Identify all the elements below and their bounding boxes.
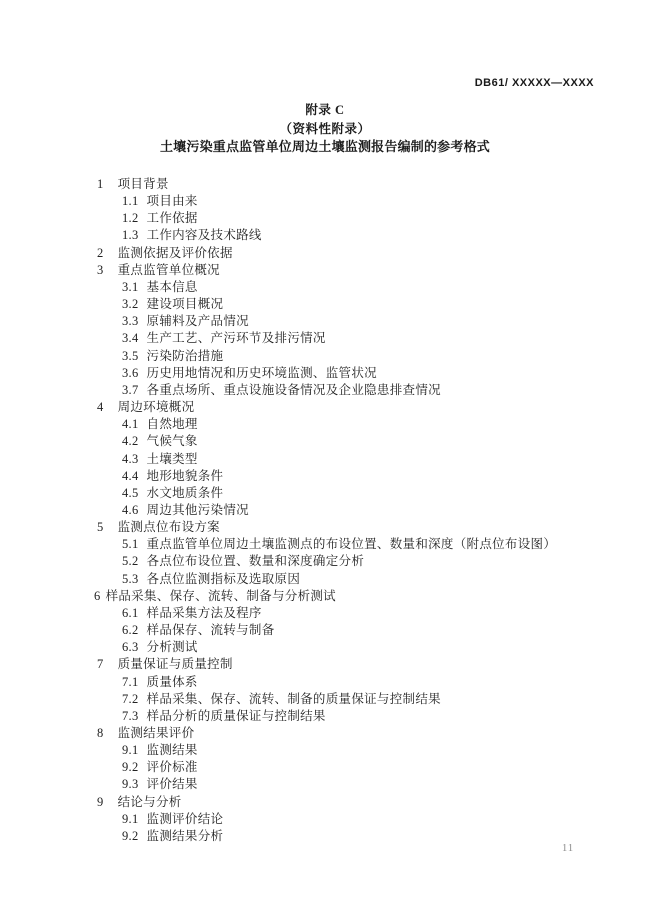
toc-item-number: 2	[97, 246, 104, 260]
toc-item-label: 各重点场所、重点设施设备情况及企业隐患排查情况	[147, 383, 441, 397]
toc-item-number: 1.1	[122, 194, 139, 208]
toc-item: 3.4生产工艺、产污环节及排污情况	[97, 330, 630, 347]
toc-item-label: 土壤类型	[147, 452, 198, 466]
toc-item-number: 6.3	[122, 640, 139, 654]
toc-item-label: 建设项目概况	[147, 297, 224, 311]
toc-item-number: 5.1	[122, 537, 139, 551]
toc-item-label: 监测评价结论	[147, 812, 224, 826]
toc-item-label: 样品采集、保存、流转、制备与分析测试	[106, 589, 336, 603]
toc-item: 3重点监管单位概况	[97, 262, 630, 279]
toc-item-label: 工作内容及技术路线	[147, 228, 262, 242]
toc-item-label: 地形地貌条件	[147, 469, 224, 483]
toc-item: 7.2样品采集、保存、流转、制备的质量保证与控制结果	[97, 691, 630, 708]
toc-item-label: 项目背景	[118, 177, 169, 191]
toc-item-label: 监测依据及评价依据	[118, 246, 233, 260]
toc-item: 8监测结果评价	[97, 725, 630, 742]
toc-item: 1.1项目由来	[97, 193, 630, 210]
toc-item-number: 4.6	[122, 503, 139, 517]
toc-item-number: 9	[97, 795, 104, 809]
toc-item-number: 5.3	[122, 572, 139, 586]
toc-item-number: 9.1	[122, 743, 139, 757]
toc-item-label: 生产工艺、产污环节及排污情况	[147, 331, 326, 345]
toc-item-label: 质量保证与质量控制	[118, 657, 233, 671]
toc-item-number: 9.1	[122, 812, 139, 826]
toc-item-number: 4.5	[122, 486, 139, 500]
toc-item-label: 样品采集、保存、流转、制备的质量保证与控制结果	[147, 692, 441, 706]
toc-item-number: 4.3	[122, 452, 139, 466]
toc-item-number: 3.2	[122, 297, 139, 311]
toc-item-number: 1.2	[122, 211, 139, 225]
toc-item: 6样品采集、保存、流转、制备与分析测试	[97, 588, 630, 605]
toc-item-label: 监测结果分析	[147, 829, 224, 843]
toc-item-number: 4	[97, 400, 104, 414]
toc-item: 4.4地形地貌条件	[97, 468, 630, 485]
toc-item: 9.1监测评价结论	[97, 811, 630, 828]
toc-item: 6.1样品采集方法及程序	[97, 605, 630, 622]
toc-item-label: 监测结果	[147, 743, 198, 757]
toc-item: 4周边环境概况	[97, 399, 630, 416]
toc-item-label: 各点位布设位置、数量和深度确定分析	[147, 554, 365, 568]
toc-item-label: 评价结果	[147, 777, 198, 791]
toc-item-number: 7.2	[122, 692, 139, 706]
toc-item-label: 各点位监测指标及选取原因	[147, 572, 301, 586]
toc-item-label: 周边环境概况	[118, 400, 195, 414]
appendix-heading: 附录 C	[0, 101, 650, 120]
toc-item-number: 3.5	[122, 349, 139, 363]
document-page: DB61/ XXXXX—XXXX 附录 C （资料性附录） 土壤污染重点监管单位…	[0, 0, 650, 919]
toc-item-number: 7.3	[122, 709, 139, 723]
toc-item: 3.2建设项目概况	[97, 296, 630, 313]
toc-item: 5.2各点位布设位置、数量和深度确定分析	[97, 553, 630, 570]
toc-item-number: 3.7	[122, 383, 139, 397]
standard-number: DB61/ XXXXX—XXXX	[475, 77, 594, 89]
toc-item: 9.3评价结果	[97, 776, 630, 793]
appendix-type: （资料性附录）	[0, 120, 650, 139]
toc-item-label: 重点监管单位周边土壤监测点的布设位置、数量和深度（附点位布设图）	[147, 537, 557, 551]
toc-item-label: 重点监管单位概况	[118, 263, 220, 277]
toc-item: 4.1自然地理	[97, 416, 630, 433]
toc-item-label: 监测结果评价	[118, 726, 195, 740]
toc-item: 9结论与分析	[97, 794, 630, 811]
toc-item-label: 监测点位布设方案	[118, 520, 220, 534]
toc-item-label: 质量体系	[147, 675, 198, 689]
toc-item-number: 1.3	[122, 228, 139, 242]
document-title: 土壤污染重点监管单位周边土壤监测报告编制的参考格式	[0, 138, 650, 157]
toc-item-number: 9.2	[122, 829, 139, 843]
toc-item-number: 8	[97, 726, 104, 740]
toc-item-label: 气候气象	[147, 434, 198, 448]
toc-item-label: 样品分析的质量保证与控制结果	[147, 709, 326, 723]
toc-item: 7.1质量体系	[97, 674, 630, 691]
toc-item: 4.6周边其他污染情况	[97, 502, 630, 519]
toc-item-number: 9.3	[122, 777, 139, 791]
toc-item-number: 4.1	[122, 417, 139, 431]
toc-item-number: 4.4	[122, 469, 139, 483]
toc-item-label: 周边其他污染情况	[147, 503, 249, 517]
toc-item: 4.5水文地质条件	[97, 485, 630, 502]
toc-item-number: 9.2	[122, 760, 139, 774]
toc-item-label: 样品保存、流转与制备	[147, 623, 275, 637]
toc-item: 3.6历史用地情况和历史环境监测、监管状况	[97, 365, 630, 382]
toc-item: 1.2工作依据	[97, 210, 630, 227]
toc-item-label: 项目由来	[147, 194, 198, 208]
toc-item-label: 工作依据	[147, 211, 198, 225]
toc-item-number: 3.1	[122, 280, 139, 294]
toc-item-label: 样品采集方法及程序	[147, 606, 262, 620]
toc-item-number: 5.2	[122, 554, 139, 568]
toc-item-number: 3	[97, 263, 104, 277]
toc-item: 7质量保证与质量控制	[97, 656, 630, 673]
toc-item-number: 7	[97, 657, 104, 671]
toc-item-label: 原辅料及产品情况	[147, 314, 249, 328]
toc-item: 3.5污染防治措施	[97, 348, 630, 365]
toc-item-number: 7.1	[122, 675, 139, 689]
toc-item: 1.3工作内容及技术路线	[97, 227, 630, 244]
page-number: 11	[562, 843, 574, 854]
toc-item: 9.2监测结果分析	[97, 828, 630, 845]
title-block: 附录 C （资料性附录） 土壤污染重点监管单位周边土壤监测报告编制的参考格式	[0, 101, 650, 157]
toc-item: 9.1监测结果	[97, 742, 630, 759]
toc-item: 3.7各重点场所、重点设施设备情况及企业隐患排查情况	[97, 382, 630, 399]
toc-item-number: 1	[97, 177, 104, 191]
toc-item-label: 水文地质条件	[147, 486, 224, 500]
toc-item: 7.3样品分析的质量保证与控制结果	[97, 708, 630, 725]
toc-item-label: 评价标准	[147, 760, 198, 774]
toc-item: 5.3各点位监测指标及选取原因	[97, 571, 630, 588]
toc-item-label: 分析测试	[147, 640, 198, 654]
toc-item-number: 6.2	[122, 623, 139, 637]
toc-item: 6.3分析测试	[97, 639, 630, 656]
toc-item: 4.2气候气象	[97, 433, 630, 450]
toc-item-number: 3.4	[122, 331, 139, 345]
toc-item: 9.2评价标准	[97, 759, 630, 776]
toc-item: 6.2样品保存、流转与制备	[97, 622, 630, 639]
toc-item-label: 污染防治措施	[147, 349, 224, 363]
toc-item: 3.3原辅料及产品情况	[97, 313, 630, 330]
toc-item-number: 3.3	[122, 314, 139, 328]
toc-item: 4.3土壤类型	[97, 451, 630, 468]
toc-item: 2监测依据及评价依据	[97, 245, 630, 262]
toc-item-label: 历史用地情况和历史环境监测、监管状况	[147, 366, 377, 380]
toc-item-number: 3.6	[122, 366, 139, 380]
toc-item: 5监测点位布设方案	[97, 519, 630, 536]
toc-item: 3.1基本信息	[97, 279, 630, 296]
toc-item-number: 6	[94, 589, 101, 603]
toc-item-number: 5	[97, 520, 104, 534]
toc-item: 1项目背景	[97, 176, 630, 193]
toc-item-label: 自然地理	[147, 417, 198, 431]
toc-item: 5.1重点监管单位周边土壤监测点的布设位置、数量和深度（附点位布设图）	[97, 536, 630, 553]
toc-item-label: 基本信息	[147, 280, 198, 294]
toc-item-number: 4.2	[122, 434, 139, 448]
outline-list: 1项目背景1.1项目由来1.2工作依据1.3工作内容及技术路线2监测依据及评价依…	[97, 176, 630, 845]
toc-item-label: 结论与分析	[118, 795, 182, 809]
toc-item-number: 6.1	[122, 606, 139, 620]
